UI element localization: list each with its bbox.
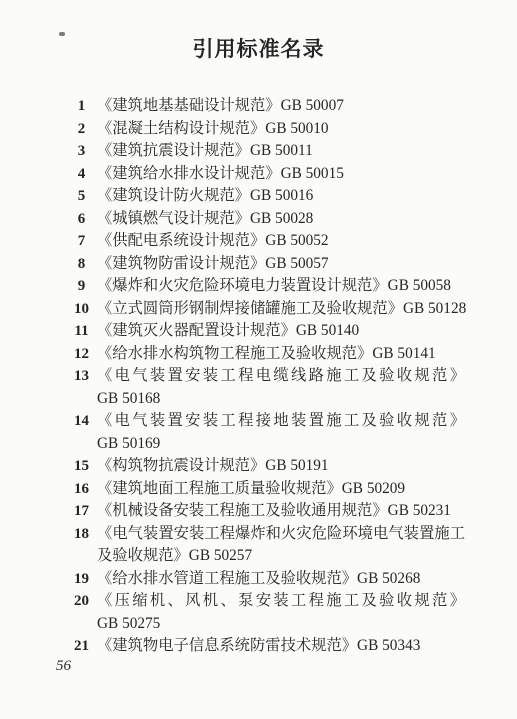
standard-line: 《建筑地基基础设计规范》GB 50007 bbox=[97, 95, 465, 118]
standard-number: 2 bbox=[72, 118, 91, 141]
standard-text: 《建筑物防雷设计规范》GB 50057 bbox=[97, 253, 465, 276]
standard-number: 18 bbox=[72, 523, 91, 546]
standard-row: 17 《机械设备安装工程施工及验收通用规范》GB 50231 bbox=[72, 500, 465, 523]
standard-number: 4 bbox=[72, 163, 91, 186]
standard-text: 《混凝土结构设计规范》GB 50010 bbox=[97, 118, 465, 141]
standard-row: 19 《给水排水管道工程施工及验收规范》GB 50268 bbox=[72, 568, 465, 591]
standard-line: 《立式圆筒形钢制焊接储罐施工及验收规范》GB 50128 bbox=[97, 298, 465, 321]
standard-text: 《建筑地基基础设计规范》GB 50007 bbox=[97, 95, 465, 118]
standard-line: 《机械设备安装工程施工及验收通用规范》GB 50231 bbox=[97, 500, 465, 523]
standard-row: 21 《建筑物电子信息系统防雷技术规范》GB 50343 bbox=[72, 635, 465, 658]
standard-row: 12 《给水排水构筑物工程施工及验收规范》GB 50141 bbox=[72, 343, 465, 366]
standard-text: 《供配电系统设计规范》GB 50052 bbox=[97, 230, 465, 253]
page-title: 引用标准名录 bbox=[0, 33, 517, 63]
standard-line: 《城镇燃气设计规范》GB 50028 bbox=[97, 208, 465, 231]
standard-row: 11 《建筑灭火器配置设计规范》GB 50140 bbox=[72, 320, 465, 343]
standard-line: 《建筑抗震设计规范》GB 50011 bbox=[97, 140, 465, 163]
standard-line: 《建筑地面工程施工质量验收规范》GB 50209 bbox=[97, 478, 465, 501]
standard-line: 《混凝土结构设计规范》GB 50010 bbox=[97, 118, 465, 141]
standard-text: 《给水排水管道工程施工及验收规范》GB 50268 bbox=[97, 568, 465, 591]
standard-row: 8 《建筑物防雷设计规范》GB 50057 bbox=[72, 253, 465, 276]
standard-line: 及验收规范》GB 50257 bbox=[97, 545, 465, 568]
standard-line: 《建筑灭火器配置设计规范》GB 50140 bbox=[97, 320, 465, 343]
standard-number: 14 bbox=[72, 410, 91, 433]
standard-number: 10 bbox=[72, 298, 91, 321]
standard-row: 6 《城镇燃气设计规范》GB 50028 bbox=[72, 208, 465, 231]
standard-number: 5 bbox=[72, 185, 91, 208]
standard-text: 《建筑灭火器配置设计规范》GB 50140 bbox=[97, 320, 465, 343]
standard-number: 16 bbox=[72, 478, 91, 501]
standard-row: 5 《建筑设计防火规范》GB 50016 bbox=[72, 185, 465, 208]
standard-line: 《爆炸和火灾危险环境电力装置设计规范》GB 50058 bbox=[97, 275, 465, 298]
standard-text: 《压缩机、风机、泵安装工程施工及验收规范》GB 50275 bbox=[97, 590, 465, 635]
standard-number: 3 bbox=[72, 140, 91, 163]
standard-row: 7 《供配电系统设计规范》GB 50052 bbox=[72, 230, 465, 253]
standard-line: 《建筑给水排水设计规范》GB 50015 bbox=[97, 163, 465, 186]
standard-row: 10 《立式圆筒形钢制焊接储罐施工及验收规范》GB 50128 bbox=[72, 298, 465, 321]
standard-row: 9 《爆炸和火灾危险环境电力装置设计规范》GB 50058 bbox=[72, 275, 465, 298]
standard-line: 《建筑物电子信息系统防雷技术规范》GB 50343 bbox=[97, 635, 465, 658]
standard-text: 《机械设备安装工程施工及验收通用规范》GB 50231 bbox=[97, 500, 465, 523]
standard-line: 《电气装置安装工程接地装置施工及验收规范》 bbox=[97, 410, 465, 433]
standard-row: 20 《压缩机、风机、泵安装工程施工及验收规范》GB 50275 bbox=[72, 590, 465, 635]
standard-number: 20 bbox=[72, 590, 91, 613]
standard-number: 13 bbox=[72, 365, 91, 388]
standard-row: 2 《混凝土结构设计规范》GB 50010 bbox=[72, 118, 465, 141]
standard-number: 15 bbox=[72, 455, 91, 478]
standard-row: 15 《构筑物抗震设计规范》GB 50191 bbox=[72, 455, 465, 478]
standard-number: 17 bbox=[72, 500, 91, 523]
standard-number: 12 bbox=[72, 343, 91, 366]
standard-line: 《压缩机、风机、泵安装工程施工及验收规范》 bbox=[97, 590, 465, 613]
standard-text: 《给水排水构筑物工程施工及验收规范》GB 50141 bbox=[97, 343, 465, 366]
standard-row: 18 《电气装置安装工程爆炸和火灾危险环境电气装置施工及验收规范》GB 5025… bbox=[72, 523, 465, 568]
standard-text: 《城镇燃气设计规范》GB 50028 bbox=[97, 208, 465, 231]
standard-number: 6 bbox=[72, 208, 91, 231]
standard-text: 《爆炸和火灾危险环境电力装置设计规范》GB 50058 bbox=[97, 275, 465, 298]
standard-number: 8 bbox=[72, 253, 91, 276]
standard-text: 《建筑物电子信息系统防雷技术规范》GB 50343 bbox=[97, 635, 465, 658]
standard-text: 《建筑地面工程施工质量验收规范》GB 50209 bbox=[97, 478, 465, 501]
standard-number: 19 bbox=[72, 568, 91, 591]
standard-number: 7 bbox=[72, 230, 91, 253]
standard-row: 3 《建筑抗震设计规范》GB 50011 bbox=[72, 140, 465, 163]
standard-text: 《电气装置安装工程爆炸和火灾危险环境电气装置施工及验收规范》GB 50257 bbox=[97, 523, 465, 568]
standard-line: 《构筑物抗震设计规范》GB 50191 bbox=[97, 455, 465, 478]
standard-text: 《立式圆筒形钢制焊接储罐施工及验收规范》GB 50128 bbox=[97, 298, 465, 321]
standard-line: GB 50168 bbox=[97, 388, 465, 411]
standard-row: 4 《建筑给水排水设计规范》GB 50015 bbox=[72, 163, 465, 186]
standard-row: 13 《电气装置安装工程电缆线路施工及验收规范》GB 50168 bbox=[72, 365, 465, 410]
standard-line: 《供配电系统设计规范》GB 50052 bbox=[97, 230, 465, 253]
standard-row: 16 《建筑地面工程施工质量验收规范》GB 50209 bbox=[72, 478, 465, 501]
standards-list: 1 《建筑地基基础设计规范》GB 50007 2 《混凝土结构设计规范》GB 5… bbox=[72, 95, 465, 658]
standard-text: 《建筑设计防火规范》GB 50016 bbox=[97, 185, 465, 208]
standard-text: 《电气装置安装工程接地装置施工及验收规范》GB 50169 bbox=[97, 410, 465, 455]
page-number: 56 bbox=[56, 658, 71, 675]
standard-line: GB 50169 bbox=[97, 433, 465, 456]
standard-line: 《建筑物防雷设计规范》GB 50057 bbox=[97, 253, 465, 276]
standard-number: 9 bbox=[72, 275, 91, 298]
standard-text: 《电气装置安装工程电缆线路施工及验收规范》GB 50168 bbox=[97, 365, 465, 410]
standard-text: 《构筑物抗震设计规范》GB 50191 bbox=[97, 455, 465, 478]
standard-text: 《建筑给水排水设计规范》GB 50015 bbox=[97, 163, 465, 186]
standard-line: 《给水排水构筑物工程施工及验收规范》GB 50141 bbox=[97, 343, 465, 366]
document-page: 引用标准名录 1 《建筑地基基础设计规范》GB 50007 2 《混凝土结构设计… bbox=[0, 0, 517, 719]
standard-text: 《建筑抗震设计规范》GB 50011 bbox=[97, 140, 465, 163]
standard-number: 21 bbox=[72, 635, 91, 658]
standard-line: 《建筑设计防火规范》GB 50016 bbox=[97, 185, 465, 208]
standard-line: 《电气装置安装工程电缆线路施工及验收规范》 bbox=[97, 365, 465, 388]
standard-number: 1 bbox=[72, 95, 91, 118]
standard-row: 14 《电气装置安装工程接地装置施工及验收规范》GB 50169 bbox=[72, 410, 465, 455]
standard-row: 1 《建筑地基基础设计规范》GB 50007 bbox=[72, 95, 465, 118]
standard-line: 《给水排水管道工程施工及验收规范》GB 50268 bbox=[97, 568, 465, 591]
standard-line: 《电气装置安装工程爆炸和火灾危险环境电气装置施工 bbox=[97, 523, 465, 546]
standard-number: 11 bbox=[72, 320, 91, 343]
standard-line: GB 50275 bbox=[97, 613, 465, 636]
